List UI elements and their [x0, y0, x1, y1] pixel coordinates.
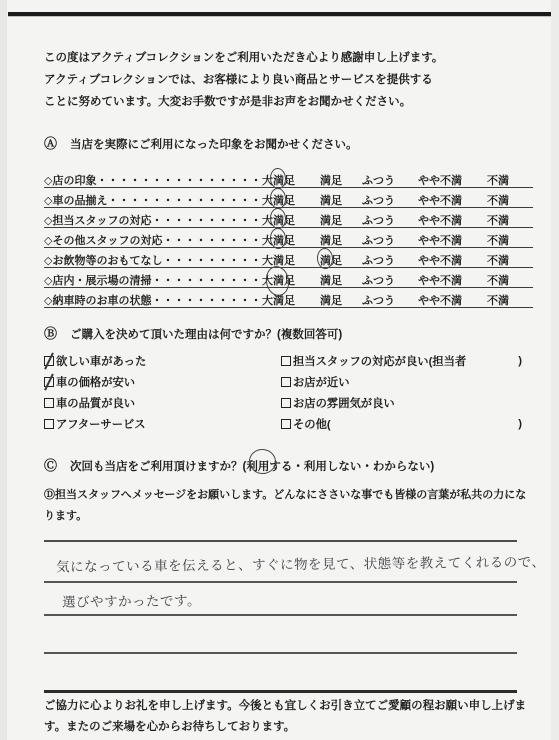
footer-paragraph: ご協力に心よりお礼を申し上げます。今後とも宜しくお引き立てご愛顧の程お願い申し上… [44, 696, 532, 737]
selection-circle-mark [269, 207, 286, 229]
rating-option[interactable]: 不満 [487, 272, 509, 288]
intro-line: アクティブコレクションでは、お客様により良い商品とサービスを提供する [44, 69, 489, 91]
rating-row: ◇店の印象・・・・・・・・・・・・・・・大満足満足ふつうやや不満不満 [44, 168, 533, 188]
reason-label: 車の品質が良い [56, 395, 135, 411]
rating-option[interactable]: やや不満 [418, 172, 462, 188]
rating-option[interactable]: ふつう [362, 232, 395, 248]
rating-option[interactable]: やや不満 [418, 272, 462, 288]
rating-option[interactable]: 大満足 [262, 272, 295, 288]
rating-option[interactable]: ふつう [362, 292, 395, 308]
rating-option[interactable]: ふつう [362, 192, 395, 208]
reason-option[interactable]: アフターサービス [44, 413, 272, 434]
rating-option[interactable]: 不満 [487, 172, 509, 188]
checkbox[interactable] [281, 419, 291, 429]
rating-option[interactable]: ふつう [362, 172, 395, 188]
rating-option[interactable]: やや不満 [418, 292, 462, 308]
scan-edge-right [551, 0, 559, 740]
reason-label: お店の雰囲気が良い [293, 395, 395, 411]
paren-close: ) [518, 355, 522, 367]
reason-label: その他( [293, 416, 331, 432]
rating-option[interactable]: やや不満 [418, 212, 462, 228]
selection-circle-mark [269, 167, 286, 189]
reason-option[interactable]: 車の価格が安い [44, 372, 272, 393]
selection-circle-mark [269, 187, 286, 209]
reason-label: アフターサービス [56, 416, 146, 432]
rating-option[interactable]: 満足 [320, 272, 342, 288]
rating-row: ◇店内・展示場の清掃・・・・・・・・・・大満足満足ふつうやや不満不満 [44, 268, 533, 288]
reason-label: 担当スタッフの対応が良い(担当者 [293, 353, 466, 369]
message-writing-line[interactable] [44, 614, 517, 616]
handwritten-message-line: 気になっている車を伝えると、すぐに物を見て、状態等を教えてくれるので、 [56, 550, 546, 575]
rating-row: ◇お飲物等のおもてなし・・・・・・・・・大満足満足ふつうやや不満不満 [44, 248, 533, 268]
rating-row-label: ◇車の品揃え・・・・・・・・・・・・・・ [44, 192, 261, 208]
rating-row-label: ◇担当スタッフの対応・・・・・・・・・・ [44, 212, 261, 228]
rating-option[interactable]: 満足 [320, 232, 342, 248]
selection-circle-mark [269, 227, 286, 249]
rating-option[interactable]: 不満 [487, 292, 509, 308]
reason-label: お店が近い [293, 374, 350, 390]
rating-row: ◇車の品揃え・・・・・・・・・・・・・・大満足満足ふつうやや不満不満 [44, 188, 533, 208]
reason-option[interactable]: 担当スタッフの対応が良い(担当者) [281, 351, 522, 372]
reasons-right-column: 担当スタッフの対応が良い(担当者)お店が近いお店の雰囲気が良いその他() [281, 351, 522, 434]
rating-option[interactable]: 大満足 [262, 232, 295, 248]
ratings-table: ◇店の印象・・・・・・・・・・・・・・・大満足満足ふつうやや不満不満◇車の品揃え… [44, 168, 533, 308]
rating-option[interactable]: やや不満 [418, 192, 462, 208]
rating-option[interactable]: やや不満 [418, 232, 462, 248]
message-writing-line[interactable] [44, 581, 517, 583]
section-b-header: Ⓑ ご購入を決めて頂いた理由は何ですか？(複数回答可) [44, 323, 342, 342]
rating-row-label: ◇店の印象・・・・・・・・・・・・・・・ [44, 172, 261, 188]
section-d-header: Ⓓ担当スタッフへメッセージをお願いします。どんなにささいな事でも皆様の言葉が私共… [44, 485, 528, 527]
section-a-title: 当店を実際にご利用になった印象をお聞かせください。 [70, 136, 358, 152]
intro-paragraph: この度はアクティブコレクションをご利用いただき心より感謝申し上げます。 アクティ… [44, 47, 489, 113]
selection-circle-mark [316, 247, 333, 269]
rating-option[interactable]: やや不満 [418, 252, 462, 268]
intro-line: この度はアクティブコレクションをご利用いただき心より感謝申し上げます。 [44, 47, 489, 69]
rating-option[interactable]: 満足 [320, 192, 342, 208]
top-border-line [8, 12, 551, 16]
rating-option[interactable]: 満足 [320, 292, 342, 308]
rating-option[interactable]: 大満足 [262, 212, 295, 228]
section-d-marker: Ⓓ [44, 489, 55, 501]
check-mark [44, 353, 53, 370]
rating-row-label: ◇店内・展示場の清掃・・・・・・・・・・ [44, 272, 261, 288]
check-mark [44, 374, 53, 391]
rating-option[interactable]: ふつう [362, 212, 395, 228]
rating-row: ◇担当スタッフの対応・・・・・・・・・・大満足満足ふつうやや不満不満 [44, 208, 533, 228]
rating-option[interactable]: 満足 [320, 252, 342, 268]
rating-row-label: ◇納車時のお車の状態・・・・・・・・・・ [44, 292, 261, 308]
section-b-title: ご購入を決めて頂いた理由は何ですか？(複数回答可) [70, 326, 342, 342]
section-d-title: 担当スタッフへメッセージをお願いします。どんなにささいな事でも皆様の言葉が私共の… [44, 489, 526, 522]
rating-option[interactable]: ふつう [362, 272, 395, 288]
section-a-marker: Ⓐ [44, 133, 57, 152]
rating-row: ◇納車時のお車の状態・・・・・・・・・・大満足満足ふつうやや不満不満 [44, 288, 533, 308]
rating-row-label: ◇その他スタッフの対応・・・・・・・・・ [44, 232, 261, 248]
checkbox[interactable] [44, 419, 54, 429]
rating-option[interactable]: 満足 [320, 172, 342, 188]
rating-option[interactable]: 不満 [487, 192, 509, 208]
section-c-header: Ⓒ 次回も当店をご利用頂けますか？(利用する・利用しない・わからない) [44, 455, 434, 474]
checkbox-checked[interactable] [44, 356, 54, 366]
reason-option[interactable]: お店が近い [281, 372, 522, 393]
reason-label: 車の価格が安い [56, 374, 135, 390]
section-c-marker: Ⓒ [44, 455, 57, 474]
message-writing-line[interactable] [44, 652, 517, 654]
rating-option[interactable]: 大満足 [262, 292, 295, 308]
reason-option[interactable]: お店の雰囲気が良い [281, 393, 522, 414]
rating-row-label: ◇お飲物等のおもてなし・・・・・・・・・ [44, 252, 261, 268]
message-area-top-line [44, 540, 517, 542]
reason-option[interactable]: 欲しい車があった [44, 351, 272, 372]
reason-label: 欲しい車があった [56, 353, 146, 369]
rating-option[interactable]: 不満 [487, 252, 509, 268]
intro-line: ことに努めています。大変お手数ですが是非お声をお聞かせください。 [44, 91, 489, 113]
checkbox[interactable] [281, 356, 291, 366]
section-a-header: Ⓐ 当店を実際にご利用になった印象をお聞かせください。 [44, 133, 358, 152]
checkbox[interactable] [281, 377, 291, 387]
section-b-marker: Ⓑ [44, 323, 57, 342]
rating-option[interactable]: 不満 [487, 232, 509, 248]
scan-edge-left [0, 0, 7, 740]
rating-option[interactable]: 大満足 [262, 192, 295, 208]
footer-separator-line [44, 690, 517, 693]
survey-document: この度はアクティブコレクションをご利用いただき心より感謝申し上げます。 アクティ… [0, 0, 559, 740]
handwritten-message-line: 選びやすかったです。 [62, 589, 201, 610]
checkbox-checked[interactable] [44, 377, 54, 387]
rating-option[interactable]: 満足 [320, 212, 342, 228]
rating-row: ◇その他スタッフの対応・・・・・・・・・大満足満足ふつうやや不満不満 [44, 228, 533, 248]
checkbox[interactable] [281, 398, 291, 408]
rating-option[interactable]: 大満足 [262, 172, 295, 188]
reason-option[interactable]: その他() [281, 413, 522, 434]
paren-close: ) [518, 418, 522, 430]
reasons-left-column: 欲しい車があった車の価格が安い車の品質が良いアフターサービス [44, 351, 272, 434]
checkbox[interactable] [44, 398, 54, 408]
rating-option[interactable]: ふつう [362, 252, 395, 268]
reason-option[interactable]: 車の品質が良い [44, 393, 272, 414]
rating-option[interactable]: 不満 [487, 212, 509, 228]
